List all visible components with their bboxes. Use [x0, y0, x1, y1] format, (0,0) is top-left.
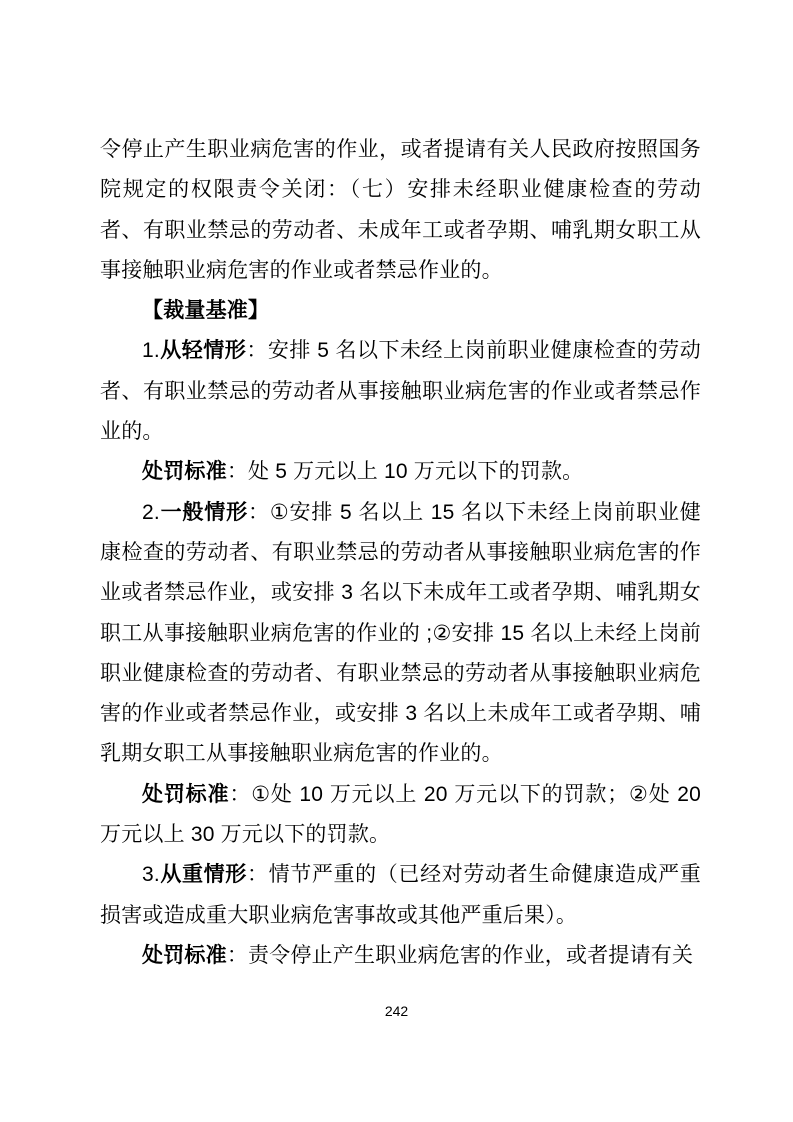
- bold-run: 处罚标准: [142, 783, 229, 806]
- bold-run: 从轻情形: [160, 339, 246, 362]
- paragraph: 令停止产生职业病危害的作业，或者提请有关人民政府按照国务院规定的权限责令关闭：（…: [100, 130, 701, 291]
- page-number: 242: [0, 1001, 793, 1021]
- paragraph: 处罚标准：责令停止产生职业病危害的作业，或者提请有关: [100, 936, 701, 976]
- paragraph: 处罚标准：①处 10 万元以上 20 万元以下的罚款；②处 20 万元以上 30…: [100, 775, 701, 856]
- bold-run: 处罚标准: [142, 460, 227, 483]
- text-run: ：处 5 万元以上 10 万元以下的罚款。: [227, 460, 584, 483]
- paragraph: 处罚标准：处 5 万元以上 10 万元以下的罚款。: [100, 452, 701, 492]
- document-page: 令停止产生职业病危害的作业，或者提请有关人民政府按照国务院规定的权限责令关闭：（…: [0, 0, 793, 1122]
- paragraph: 2.一般情形：①安排 5 名以上 15 名以下未经上岗前职业健康检查的劳动者、有…: [100, 493, 701, 775]
- paragraph: 【裁量基准】: [100, 291, 701, 331]
- paragraph: 1.从轻情形：安排 5 名以下未经上岗前职业健康检查的劳动者、有职业禁忌的劳动者…: [100, 331, 701, 452]
- bold-run: 处罚标准: [142, 944, 227, 967]
- text-run: 1.: [142, 339, 160, 362]
- text-run: ：①安排 5 名以上 15 名以下未经上岗前职业健康检查的劳动者、有职业禁忌的劳…: [100, 501, 701, 766]
- paragraph: 3.从重情形：情节严重的（已经对劳动者生命健康造成严重损害或造成重大职业病危害事…: [100, 855, 701, 936]
- text-run: ：责令停止产生职业病危害的作业，或者提请有关: [227, 944, 693, 967]
- bold-run: 一般情形: [160, 501, 248, 524]
- bold-run: 从重情形: [160, 863, 247, 886]
- bold-run: 【裁量基准】: [142, 299, 269, 322]
- text-run: 令停止产生职业病危害的作业，或者提请有关人民政府按照国务院规定的权限责令关闭：（…: [100, 138, 701, 282]
- text-run: 3.: [142, 863, 160, 886]
- document-body: 令停止产生职业病危害的作业，或者提请有关人民政府按照国务院规定的权限责令关闭：（…: [100, 130, 701, 976]
- text-run: 2.: [142, 501, 160, 524]
